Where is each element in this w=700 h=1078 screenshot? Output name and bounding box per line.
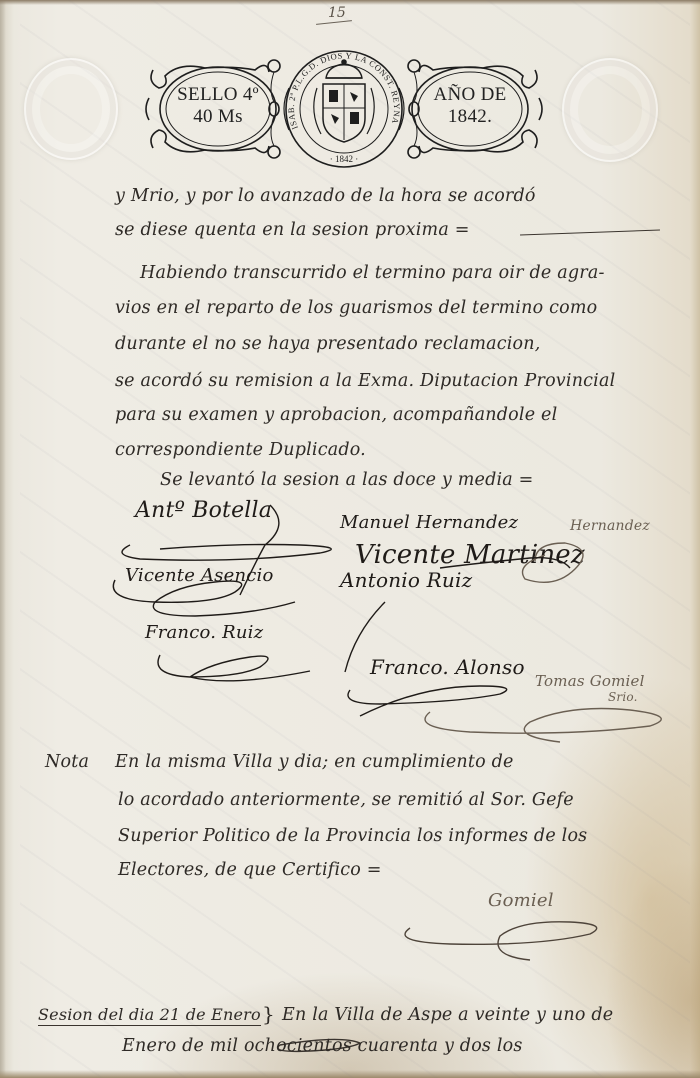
nota-signature: Gomiel bbox=[488, 890, 554, 911]
nota-line: lo acordado anteriormente, se remitió al… bbox=[118, 790, 574, 810]
brace-icon: } bbox=[262, 1002, 275, 1026]
rubric-flourishes-icon bbox=[0, 0, 700, 1078]
manuscript-page: 15 bbox=[0, 0, 700, 1078]
session-line: En la Villa de Aspe a veinte y uno de bbox=[282, 1005, 613, 1025]
nota-label: Nota bbox=[45, 752, 89, 772]
nota-line: Superior Politico de la Provincia los in… bbox=[118, 826, 587, 846]
session-margin-heading: Sesion del dia 21 de Enero bbox=[38, 1005, 261, 1026]
nota-line: En la misma Villa y dia; en cumplimiento… bbox=[115, 752, 514, 772]
nota-line: Electores, de que Certifico = bbox=[118, 860, 382, 880]
session-line: Enero de mil ochocientos cuarenta y dos … bbox=[122, 1036, 523, 1056]
